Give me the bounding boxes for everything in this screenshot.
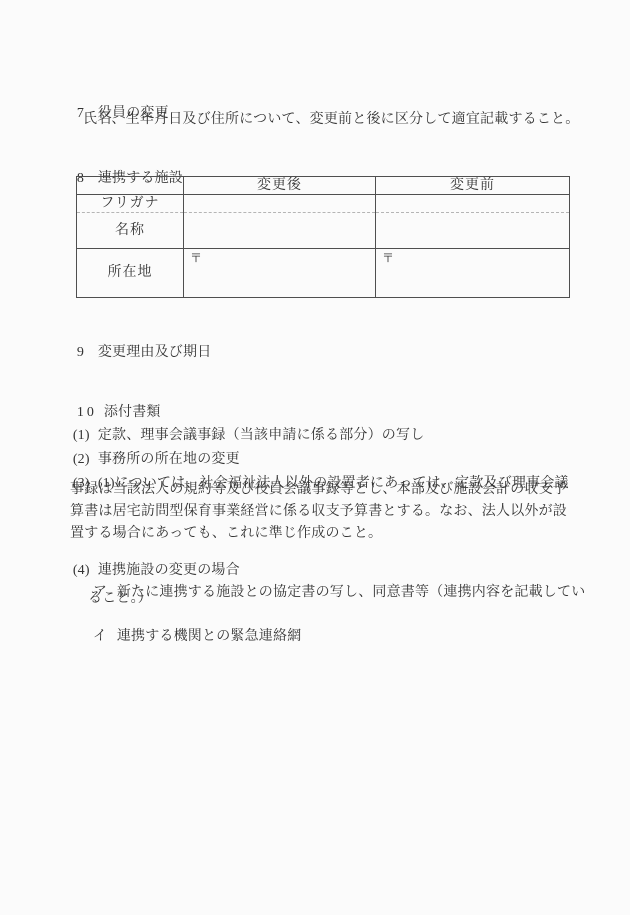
table-corner-cell <box>77 177 184 195</box>
address-before-cell: 〒 <box>376 249 570 298</box>
section-9-heading: 9変更理由及び期日 <box>62 329 211 377</box>
row-label-furigana: フリガナ <box>77 195 184 213</box>
item-4-sub-a: ア新たに連携する施設との協定書の写し、同意書等（連携内容を記載してい <box>78 569 585 617</box>
table-row-address: 所在地 〒 〒 <box>77 249 570 298</box>
postal-mark-icon: 〒 <box>382 251 394 265</box>
table-header-after: 変更後 <box>184 177 376 195</box>
furigana-before-cell <box>376 195 570 213</box>
table-header-row: 変更後 変更前 <box>77 177 570 195</box>
document-page: 7役員の変更 氏名、生年月日及び住所について、変更前と後に区分して適宜記載するこ… <box>0 0 630 915</box>
item-3-line-3: 算書は居宅訪問型保育事業経営に係る収支予算書とする。なお、法人以外が設 <box>70 504 567 520</box>
section-7-body: 氏名、生年月日及び住所について、変更前と後に区分して適宜記載すること。 <box>83 112 579 128</box>
item-3-line-4: 置する場合にあっても、これに準じ作成のこと。 <box>70 526 382 542</box>
table-row-name: 名称 <box>77 213 570 249</box>
table-row-furigana: フリガナ <box>77 195 570 213</box>
sub-a-line-2: ること。） <box>88 591 152 607</box>
name-before-cell <box>376 213 570 249</box>
section-9-number: 9 <box>77 345 98 361</box>
sub-i-marker: イ <box>93 629 117 645</box>
section-9-title: 変更理由及び期日 <box>98 345 212 360</box>
item-4-sub-i: イ連携する機関との緊急連絡網 <box>78 613 301 661</box>
address-after-cell: 〒 <box>184 249 376 298</box>
table-header-before: 変更前 <box>376 177 570 195</box>
sub-a-line-1: 新たに連携する施設との協定書の写し、同意書等（連携内容を記載してい <box>117 585 586 600</box>
furigana-after-cell <box>184 195 376 213</box>
item-3-line-2: 事録は当該法人の規約等及び役員会議事録等とし、本部及び施設会計の収支予 <box>70 482 567 498</box>
postal-mark-icon: 〒 <box>190 251 202 265</box>
row-label-address: 所在地 <box>77 249 184 298</box>
name-after-cell <box>184 213 376 249</box>
row-label-name: 名称 <box>77 213 184 249</box>
linked-facility-table: 変更後 変更前 フリガナ 名称 所在地 〒 〒 <box>76 176 570 298</box>
sub-i-text: 連携する機関との緊急連絡網 <box>117 629 302 644</box>
